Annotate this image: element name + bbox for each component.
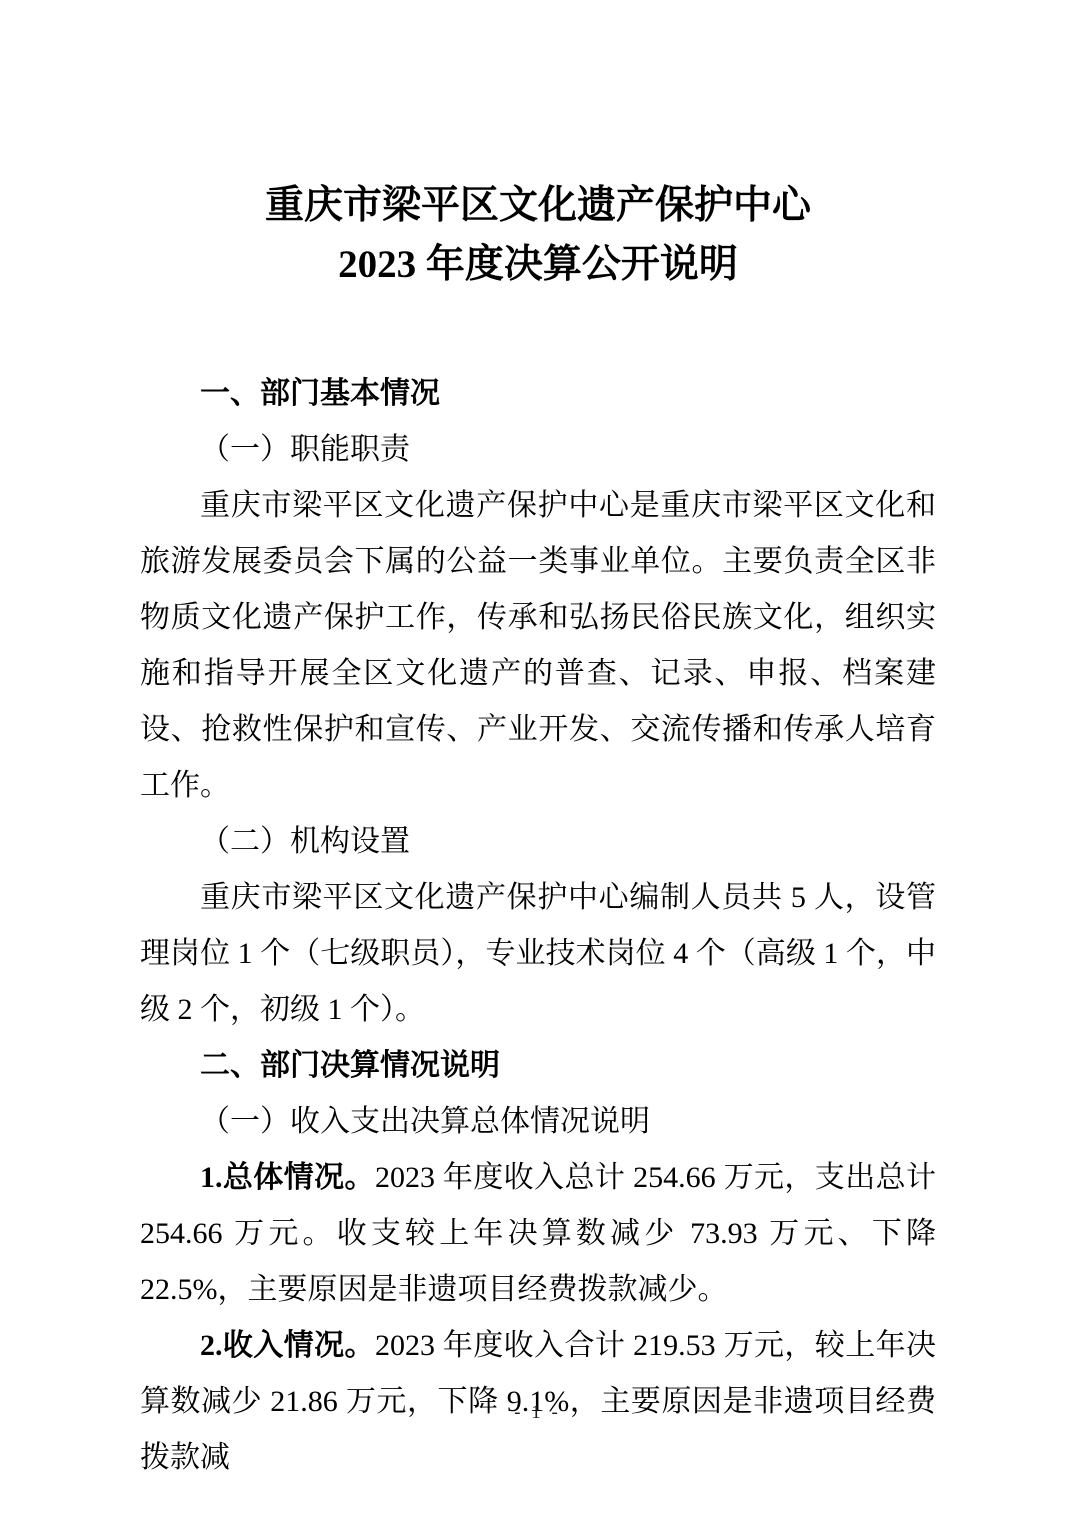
paragraph-structure: 重庆市梁平区文化遗产保护中心编制人员共 5 人，设管理岗位 1 个（七级职员），… — [140, 870, 936, 1038]
paragraph-overall-situation: 1.总体情况。2023 年度收入总计 254.66 万元，支出总计 254.66… — [140, 1150, 936, 1318]
subsection-heading-duties: （一）职能职责 — [140, 422, 936, 478]
title-line-2: 2023 年度决算公开说明 — [140, 235, 936, 294]
document-title: 重庆市梁平区文化遗产保护中心 2023 年度决算公开说明 — [140, 176, 936, 294]
document-page: 重庆市梁平区文化遗产保护中心 2023 年度决算公开说明 一、部门基本情况 （一… — [0, 0, 1075, 1520]
subsection-heading-structure: （二）机构设置 — [140, 814, 936, 870]
paragraph-overall-lead: 1.总体情况。 — [200, 1161, 375, 1194]
section-heading-basic-info: 一、部门基本情况 — [140, 366, 936, 422]
page-number: - 1 - — [0, 1402, 1075, 1424]
document-content: 重庆市梁平区文化遗产保护中心 2023 年度决算公开说明 一、部门基本情况 （一… — [140, 176, 936, 1486]
section-heading-final-accounts: 二、部门决算情况说明 — [140, 1038, 936, 1094]
subsection-heading-overall: （一）收入支出决算总体情况说明 — [140, 1094, 936, 1150]
paragraph-income-lead: 2.收入情况。 — [200, 1329, 375, 1362]
paragraph-duties: 重庆市梁平区文化遗产保护中心是重庆市梁平区文化和旅游发展委员会下属的公益一类事业… — [140, 478, 936, 814]
title-line-1: 重庆市梁平区文化遗产保护中心 — [140, 176, 936, 235]
